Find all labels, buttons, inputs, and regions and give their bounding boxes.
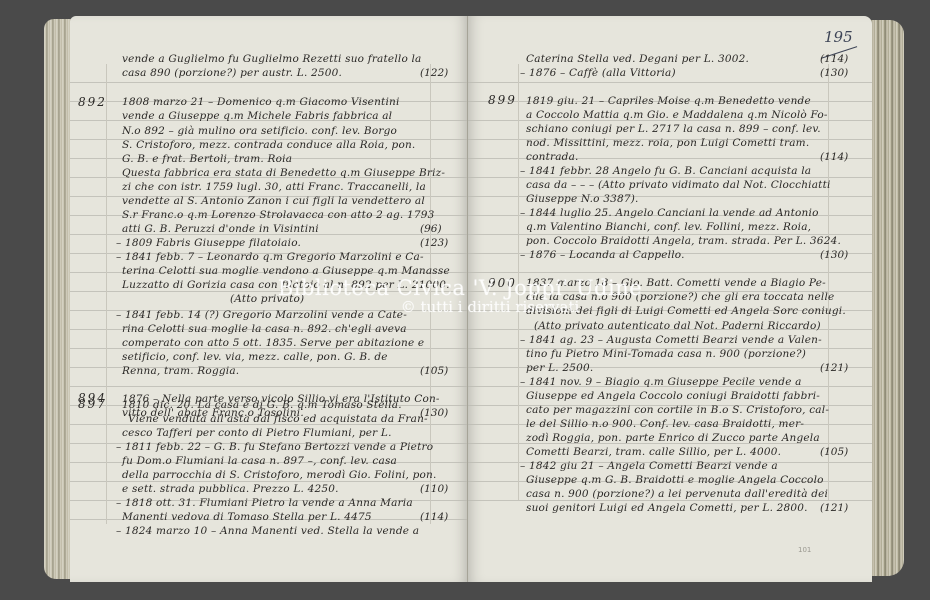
ledger-line: S. Cristoforo, mezz. contrada conduce al… <box>122 139 415 151</box>
reference-number: (114) <box>820 151 848 163</box>
ledger-line: – 1841 febb. 7 – Leonardo q.m Gregorio M… <box>116 251 424 263</box>
ledger-line: casa n. 900 (porzione?) a lei pervenuta … <box>526 488 828 500</box>
reference-number: (130) <box>820 67 848 79</box>
ledger-line: Giuseppe q.m G. B. Braidotti e moglie An… <box>526 474 824 486</box>
ledger-line: vendette al S. Antonio Zanon i cui figli… <box>122 195 425 207</box>
ledger-line: (Atto privato autenticato dal Not. Pader… <box>534 320 821 332</box>
ledger-line: contrada. <box>526 151 579 163</box>
ledger-line: q.m Valentino Bianchi, conf. lev. Follin… <box>526 221 811 233</box>
entry-number: 892 <box>78 95 107 109</box>
ledger-line: – 1841 febbr. 28 Angelo fu G. B. Cancian… <box>520 165 811 177</box>
ledger-line: – 1841 febb. 14 (?) Gregorio Marzolini v… <box>116 309 407 321</box>
ledger-line: della parrocchia di S. Cristoforo, merod… <box>122 469 437 481</box>
entry-number: 899 <box>488 93 517 107</box>
reference-number: (122) <box>420 67 448 79</box>
reference-number: (105) <box>820 446 848 458</box>
reference-number: (114) <box>820 53 848 65</box>
ledger-line: – 1841 nov. 9 – Biagio q.m Giuseppe Peci… <box>520 376 802 388</box>
entry-number: 900 <box>488 276 517 290</box>
ledger-line: casa 890 (porzione?) per austr. L. 2500. <box>122 67 342 79</box>
ledger-line: rina Celotti sua moglie la casa n. 892. … <box>122 323 407 335</box>
reference-number: (121) <box>820 362 848 374</box>
ledger-line: G. B. e frat. Bertoli, tram. Roia <box>122 153 292 165</box>
ledger-line: cato per magazzini con cortile in B.o S.… <box>526 404 829 416</box>
ledger-line: suoi genitori Luigi ed Angela Cometti, p… <box>526 502 808 514</box>
ledger-line: S.r Franc.o q.m Lorenzo Strolavacca con … <box>122 209 435 221</box>
ledger-line: N.o 892 – già mulino ora setificio. conf… <box>122 125 397 137</box>
ledger-line: vende a Giuseppe q.m Michele Fabris fabb… <box>122 110 392 122</box>
ledger-line: Viene venduta all'asta dal fisco ed acqu… <box>128 413 428 425</box>
ledger-line: cesco Tafferi per conto di Pietro Flumia… <box>122 427 392 439</box>
reference-number: (96) <box>420 223 442 235</box>
ledger-line: divisioni dei figli di Luigi Cometti ed … <box>526 305 846 317</box>
ledger-line: 1837 marzo 18 – Gio. Batt. Cometti vende… <box>526 277 826 289</box>
ledger-line: – 1844 luglio 25. Angelo Canciani la ven… <box>520 207 819 219</box>
ledger-line: 1810 dic. 20. La casa è di G. B. q.m Tom… <box>122 399 402 411</box>
ledger-line: le del Sillio n.o 900. Conf. lev. casa B… <box>526 418 804 430</box>
ledger-line: Luzzatto di Gorizia casa con filatoio al… <box>122 279 450 291</box>
reference-number: (114) <box>420 511 448 523</box>
ledger-line: vende a Guglielmo fu Guglielmo Rezetti s… <box>122 53 422 65</box>
ledger-line: Giuseppe N.o 3387). <box>526 193 639 205</box>
ledger-line: tino fu Pietro Mini-Tomada casa n. 900 (… <box>526 348 806 360</box>
ledger-line: zodì Roggia, pon. parte Enrico di Zucco … <box>526 432 820 444</box>
ledger-line: a Coccolo Mattia q.m Gio. e Maddalena q.… <box>526 109 828 121</box>
ledger-line: schiano coniugi per L. 2717 la casa n. 8… <box>526 123 821 135</box>
ledger-line: Giuseppe ed Angela Coccolo coniugi Braid… <box>526 390 820 402</box>
reference-number: (121) <box>820 502 848 514</box>
entry-number: 897 <box>78 397 107 411</box>
left-page: vende a Guglielmo fu Guglielmo Rezetti s… <box>70 16 468 582</box>
reference-number: (130) <box>820 249 848 261</box>
right-page: 195 101 Caterina Stella ved. Degani per … <box>468 16 872 582</box>
ledger-line: atti G. B. Peruzzi d'onde in Visintini <box>122 223 319 235</box>
ledger-line: Questa fabbrica era stata di Benedetto q… <box>122 167 445 179</box>
left-page-stack-edge <box>44 19 72 579</box>
ledger-line: zi che con istr. 1759 lugl. 30, atti Fra… <box>122 181 426 193</box>
reference-number: (110) <box>420 483 448 495</box>
ledger-line: – 1809 Fabris Giuseppe filatoiaio. <box>116 237 301 249</box>
ledger-line: setificio, conf. lev. via, mezz. calle, … <box>122 351 388 363</box>
ledger-line: – 1818 ott. 31. Flumiani Pietro la vende… <box>116 497 413 509</box>
ledger-line: – 1842 giu 21 – Angela Cometti Bearzi ve… <box>520 460 778 472</box>
ledger-line: – 1811 febb. 22 – G. B. fu Stefano Berto… <box>116 441 433 453</box>
ledger-line: comperato con atto 5 ott. 1835. Serve pe… <box>122 337 424 349</box>
ledger-line: casa da – – – (Atto privato vidimato dal… <box>526 179 831 191</box>
ledger-line: pon. Coccolo Braidotti Angela, tram. str… <box>526 235 841 247</box>
left-page-text: vende a Guglielmo fu Guglielmo Rezetti s… <box>70 16 468 582</box>
reference-number: (105) <box>420 365 448 377</box>
ledger-line: e sett. strada pubblica. Prezzo L. 4250. <box>122 483 339 495</box>
ledger-line: cile la casa n.o 900 (porzione?) che gli… <box>526 291 834 303</box>
ledger-line: Cometti Bearzi, tram. calle Sillio, per … <box>526 446 781 458</box>
right-page-text: Caterina Stella ved. Degani per L. 3002.… <box>468 16 872 582</box>
right-page-stack-edge <box>868 20 904 576</box>
ledger-line: fu Dom.o Flumiani la casa n. 897 –, conf… <box>122 455 397 467</box>
ledger-line: Caterina Stella ved. Degani per L. 3002. <box>526 53 749 65</box>
ledger-line: (Atto privato) <box>230 293 304 305</box>
ledger-line: nod. Missittini, mezz. roia, pon Luigi C… <box>526 137 809 149</box>
open-ledger-book: vende a Guglielmo fu Guglielmo Rezetti s… <box>44 16 904 584</box>
ledger-line: per L. 2500. <box>526 362 593 374</box>
ledger-line: – 1876 – Locanda al Cappello. <box>520 249 685 261</box>
ledger-line: Renna, tram. Roggia. <box>122 365 239 377</box>
ledger-line: – 1876 – Caffè (alla Vittoria) <box>520 67 676 79</box>
ledger-line: – 1841 ag. 23 – Augusta Cometti Bearzi v… <box>520 334 822 346</box>
ledger-line: Manenti vedova di Tomaso Stella per L. 4… <box>122 511 372 523</box>
ledger-line: – 1824 marzo 10 – Anna Manenti ved. Stel… <box>116 525 419 537</box>
ledger-line: terina Celotti sua moglie vendono a Gius… <box>122 265 450 277</box>
reference-number: (123) <box>420 237 448 249</box>
ledger-line: 1819 giu. 21 – Capriles Moise q.m Benede… <box>526 95 811 107</box>
ledger-line: 1808 marzo 21 – Domenico q.m Giacomo Vis… <box>122 96 400 108</box>
